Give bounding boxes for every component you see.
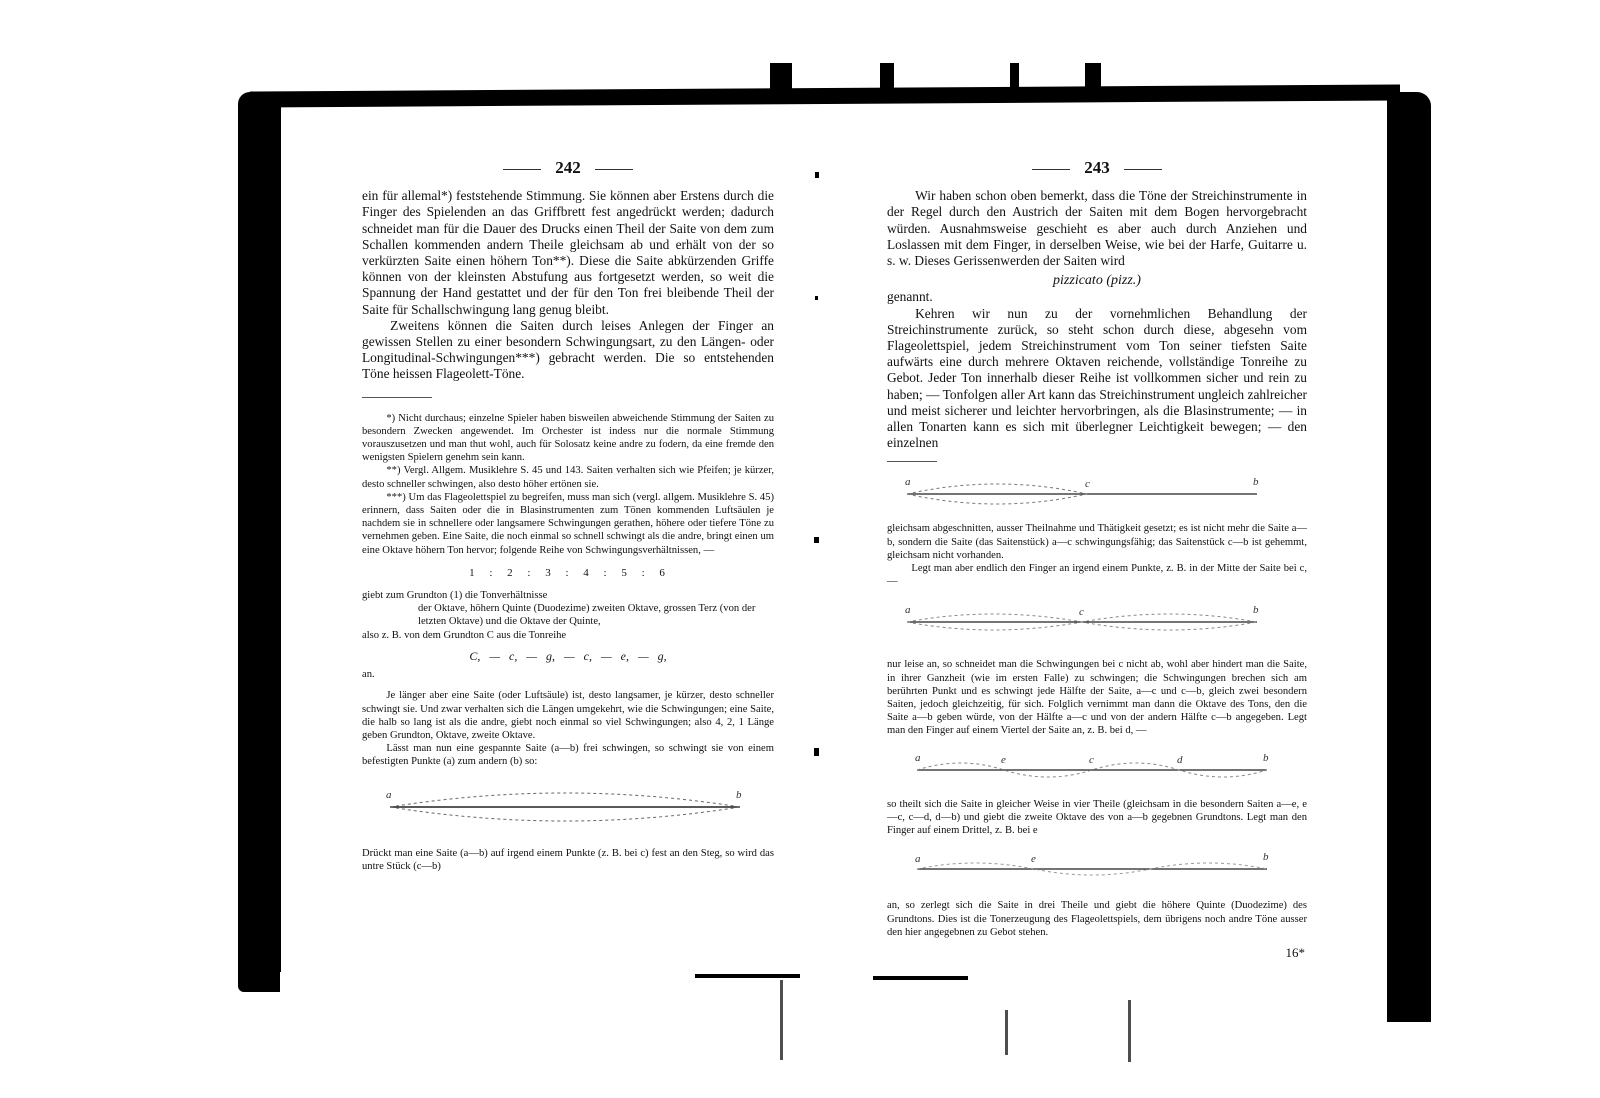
- spine-mark: [815, 172, 819, 178]
- string-diagram-quarter: a e c d b: [887, 748, 1307, 788]
- page-number-right: 243: [887, 160, 1307, 176]
- footnote-3: ***) Um das Flageolettspiel zu begreifen…: [362, 491, 774, 557]
- paragraph: Zweitens können die Saiten durch leises …: [362, 318, 774, 383]
- book-edge-bottom-left: [695, 974, 800, 978]
- book-edge-right: [1387, 92, 1431, 1022]
- paragraph: ein für allemal*) feststehende Stimmung.…: [362, 188, 774, 318]
- string-diagram-third: a e b: [887, 847, 1307, 887]
- string-diagram-half: a c b: [887, 600, 1307, 640]
- paragraph: so theilt sich die Saite in gleicher Wei…: [887, 798, 1307, 838]
- spine-mark: [815, 296, 818, 300]
- paragraph: Wir haben schon oben bemerkt, dass die T…: [887, 188, 1307, 269]
- printer-signature: 16*: [887, 945, 1307, 961]
- ratio-detail: der Oktave, höhern Quinte (Duodezime) zw…: [362, 602, 774, 628]
- page-tab-4: [1085, 63, 1101, 101]
- footnote-1: *) Nicht durchaus; einzelne Spieler habe…: [362, 412, 774, 465]
- scan-artifact: [780, 980, 783, 1060]
- left-page: 242 ein für allemal*) feststehende Stimm…: [362, 160, 774, 873]
- page-number-left: 242: [362, 160, 774, 176]
- paragraph: an, so zerlegt sich die Saite in drei Th…: [887, 899, 1307, 939]
- paragraph: Kehren wir nun zu der vornehmlichen Beha…: [887, 306, 1307, 452]
- scan-artifact: [1128, 1000, 1131, 1062]
- spine-mark: [814, 537, 819, 543]
- tonreihe: C, — c, — g, — c, — e, — g,: [362, 648, 774, 664]
- paragraph: Legt man aber endlich den Finger an irge…: [887, 562, 1307, 588]
- divider: [887, 461, 937, 462]
- string-diagram-whole: a b: [362, 783, 774, 829]
- ratio-intro: giebt zum Grundton (1) die Tonverhältnis…: [362, 589, 774, 602]
- paragraph: genannt.: [887, 289, 1307, 305]
- spine-mark: [814, 748, 819, 756]
- footnote-2: **) Vergl. Allgem. Musiklehre S. 45 und …: [362, 464, 774, 490]
- right-page: 243 Wir haben schon oben bemerkt, dass d…: [887, 160, 1307, 961]
- tonreihe-end: an.: [362, 668, 774, 681]
- tonreihe-intro: also z. B. von dem Grundton C aus die To…: [362, 629, 774, 642]
- scan-artifact: [1005, 1010, 1008, 1055]
- paragraph: gleichsam abgeschnitten, ausser Theilnah…: [887, 522, 1307, 562]
- paragraph: nur leise an, so schneidet man die Schwi…: [887, 658, 1307, 737]
- paragraph-drueckt: Drückt man eine Saite (a—b) auf irgend e…: [362, 847, 774, 873]
- page-tab-2: [880, 63, 894, 101]
- pizzicato-term: pizzicato (pizz.): [887, 273, 1307, 289]
- paragraph-laenge: Je länger aber eine Saite (oder Luftsäul…: [362, 689, 774, 742]
- ratio-series: 1 : 2 : 3 : 4 : 5 : 6: [362, 565, 774, 581]
- book-edge-left-inner: [278, 102, 281, 972]
- book-edge-bottom-right: [873, 976, 968, 980]
- page-tab-3: [1010, 63, 1019, 101]
- paragraph-gespannt: Lässt man nun eine gespannte Saite (a—b)…: [362, 742, 774, 768]
- page-tab-1: [770, 63, 792, 101]
- book-edge-left: [238, 92, 280, 992]
- book-edge-top: [250, 84, 1400, 107]
- string-diagram-stopped: a c b: [887, 472, 1307, 512]
- footnote-divider: [362, 397, 432, 398]
